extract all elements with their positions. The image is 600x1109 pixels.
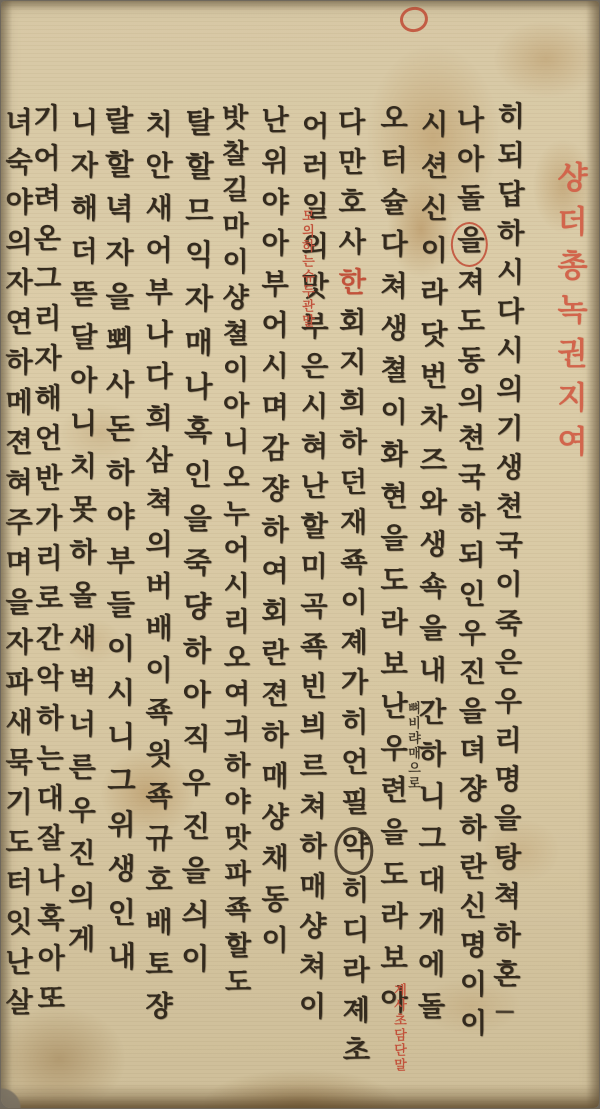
manuscript-page: 샹더총녹권지여 히되답하시다시의기생쳔국이죽은우리명을탕쳑하혼—나아돌을져도동의… [1, 1, 599, 1108]
column-text: 탈할므익자매나혹인을죽댱하아직우진을싀이 [177, 107, 216, 987]
text-column-11: 랄할녁자을뾔사돈하야부들이시니그위생인내 [97, 105, 141, 985]
gloss-annotation-1: 모의하는슈두관말 [297, 209, 316, 329]
column-text: 히디라졔초 [337, 875, 371, 1075]
text-column-9: 탈할므익자매나혹인을죽댱하아직우진을싀이 [174, 107, 220, 987]
column-text: 히되답하시다시의기생쳔국이죽은우리명을탕쳑하혼 [489, 101, 527, 998]
text-column-3: 시션신이라닷번차즈와생쇽을내간하니그대개에돌 [409, 109, 452, 1033]
margin-title: 샹더총녹권지여 [547, 161, 592, 469]
marked-char-dash: — [493, 998, 517, 1022]
text-column-14: 녀숙야의자연하메젼혀주며을자파새묵기도터잇난살 [0, 107, 37, 1027]
marked-char-red-circle: 을 [451, 222, 488, 267]
top-red-circle-mark [398, 5, 429, 34]
marked-char-red-ink: 한 [334, 267, 367, 307]
column-text: 니자해더뜯달아니치못하올새벅너른우진의게 [63, 107, 99, 967]
gloss-annotation-2: 뼈비랴매으로 [403, 701, 422, 791]
column-text: 치안새어부나다희삼쳑의버배이죡읫죡규호배토쟝 [141, 109, 174, 1033]
column-text: 랄할녁자을뾔사돈하야부들이시니그위생인내 [100, 105, 137, 985]
text-column-7: 난위야아부어시며감쟝하여회란젼하매샹채동이 [253, 105, 293, 966]
text-column-10: 치안새어부나다희삼쳑의버배이죡읫죡규호배토쟝 [137, 109, 177, 1033]
text-column-1: 히되답하시다시의기생쳔국이죽은우리명을탕쳑하혼— [485, 101, 530, 1022]
column-text: 나아돌 [452, 105, 485, 222]
photo-frame: 샹더총녹권지여 히되답하시다시의기생쳔국이죽은우리명을탕쳑하혼—나아돌을져도동의… [0, 0, 600, 1109]
column-text: 난위야아부어시며감쟝하여회란젼하매샹채동이 [257, 105, 290, 966]
text-column-5: 다만호사한회지희하던재죡이졔가히언필약히디라졔초 [329, 107, 374, 1075]
column-text: 회지희하던재죡이졔가히언필 [335, 307, 371, 827]
column-text: 시션신이라닷번차즈와생쇽을내간하니그대개에돌 [413, 109, 449, 1033]
column-text: 밧찰길마이샹쳘이아니오누어시리오여긔하야맛파죡할도 [216, 103, 250, 1003]
text-column-2: 나아돌을져도동의쳔국하되인우진을뎌쟝하란신명이이 [448, 105, 491, 1047]
text-column-4: 오터슐다쳐생쳘이화현을도라보난우련을도라보아 [372, 103, 412, 1027]
text-column-8: 밧찰길마이샹쳘이아니오누어시리오여긔하야맛파죡할도 [212, 103, 254, 1003]
column-text: 녀숙야의자연하메젼혀주며을자파새묵기도터잇난살 [1, 107, 34, 1027]
column-text: 오터슐다쳐생쳘이화현을도라보난우련을도라보아 [376, 103, 409, 1027]
column-text: 다만호사 [333, 107, 367, 267]
column-text: 져도동의쳔국하되인우진을뎌쟝하란신명이이 [453, 267, 489, 1047]
gloss-annotation-3: 계사초담단말 [389, 983, 408, 1073]
marked-char-black-circle: 약 [334, 827, 373, 875]
